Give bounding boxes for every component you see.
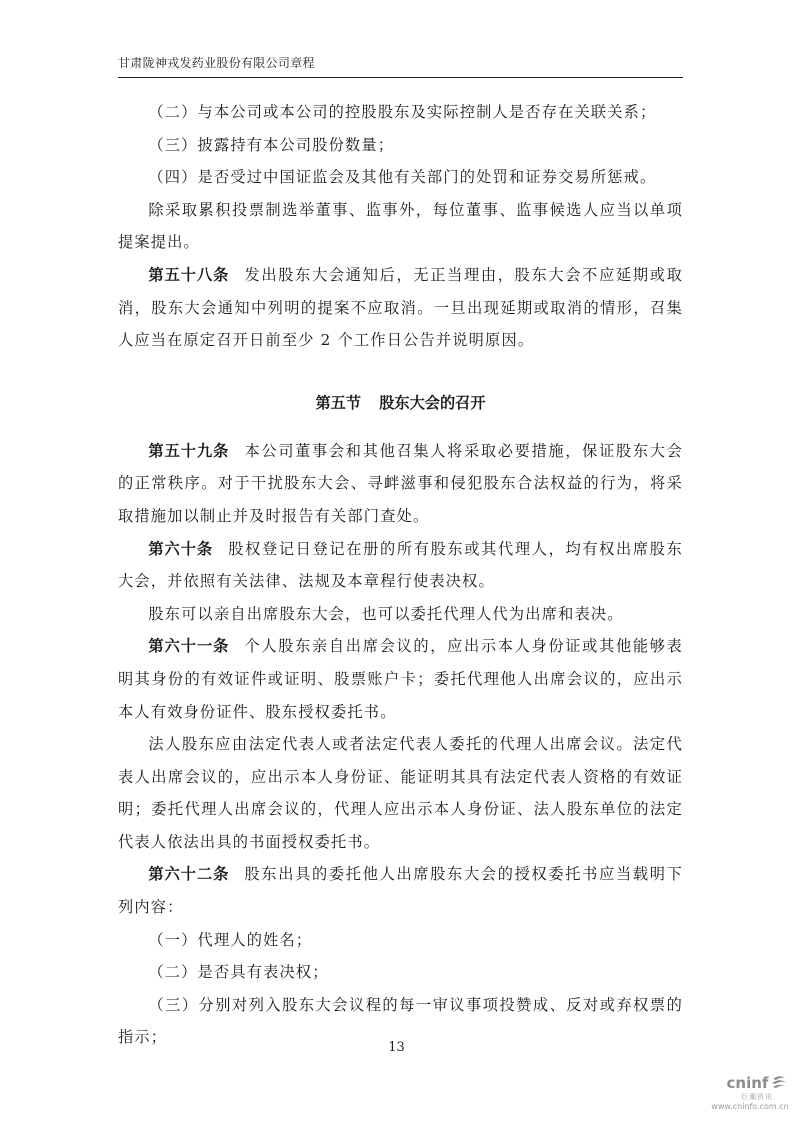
paragraph: 股东可以亲自出席股东大会，也可以委托代理人代为出席和表决。 [118,598,683,631]
article-number: 第六十一条 [148,637,229,655]
section-number: 第五节 [315,394,361,412]
document-header-title: 甘肃陇神戎发药业股份有限公司章程 [118,55,683,71]
paragraph: 法人股东应由法定代表人或者法定代表人委托的代理人出席会议。法定代表人出席会议的，… [118,728,683,858]
list-item: （四）是否受过中国证监会及其他有关部门的处罚和证券交易所惩戒。 [118,161,683,194]
article-62: 第六十二条股东出具的委托他人出席股东大会的授权委托书应当载明下列内容： [118,858,683,923]
page-header: 甘肃陇神戎发药业股份有限公司章程 [118,55,683,78]
watermark-brand: cninf [727,1076,769,1091]
article-61: 第六十一条个人股东亲自出席会议的，应出示本人身份证或其他能够表明其身份的有效证件… [118,630,683,728]
article-59: 第五十九条本公司董事会和其他召集人将采取必要措施，保证股东大会的正常秩序。对于干… [118,435,683,533]
list-item: （二）是否具有表决权； [118,956,683,989]
section-heading: 第五节股东大会的召开 [118,387,683,419]
paragraph: 除采取累积投票制选举董事、监事外，每位董事、监事候选人应当以单项提案提出。 [118,194,683,259]
article-60: 第六十条股权登记日登记在册的所有股东或其代理人，均有权出席股东大会，并依照有关法… [118,533,683,598]
page-number: 13 [0,1040,793,1055]
article-number: 第六十二条 [148,865,229,883]
list-item: （三）披露持有本公司股份数量； [118,129,683,162]
list-item: （二）与本公司或本公司的控股股东及实际控制人是否存在关联关系； [118,96,683,129]
section-title: 股东大会的召开 [379,394,485,412]
cninfo-swirl-logo-icon [771,1074,787,1093]
document-body: （二）与本公司或本公司的控股股东及实际控制人是否存在关联关系； （三）披露持有本… [118,96,683,1054]
article-number: 第六十条 [148,540,213,558]
watermark-subtitle: 巨潮资讯 [719,1093,793,1102]
watermark-url: www.cninfo.com.cn [705,1102,793,1112]
article-number: 第五十八条 [148,266,229,284]
article-number: 第五十九条 [148,442,229,460]
cninfo-watermark: cninf 巨潮资讯 www.cninfo.com.cn [705,1074,793,1112]
article-58: 第五十八条发出股东大会通知后，无正当理由，股东大会不应延期或取消，股东大会通知中… [118,259,683,357]
list-item: （一）代理人的姓名； [118,924,683,957]
